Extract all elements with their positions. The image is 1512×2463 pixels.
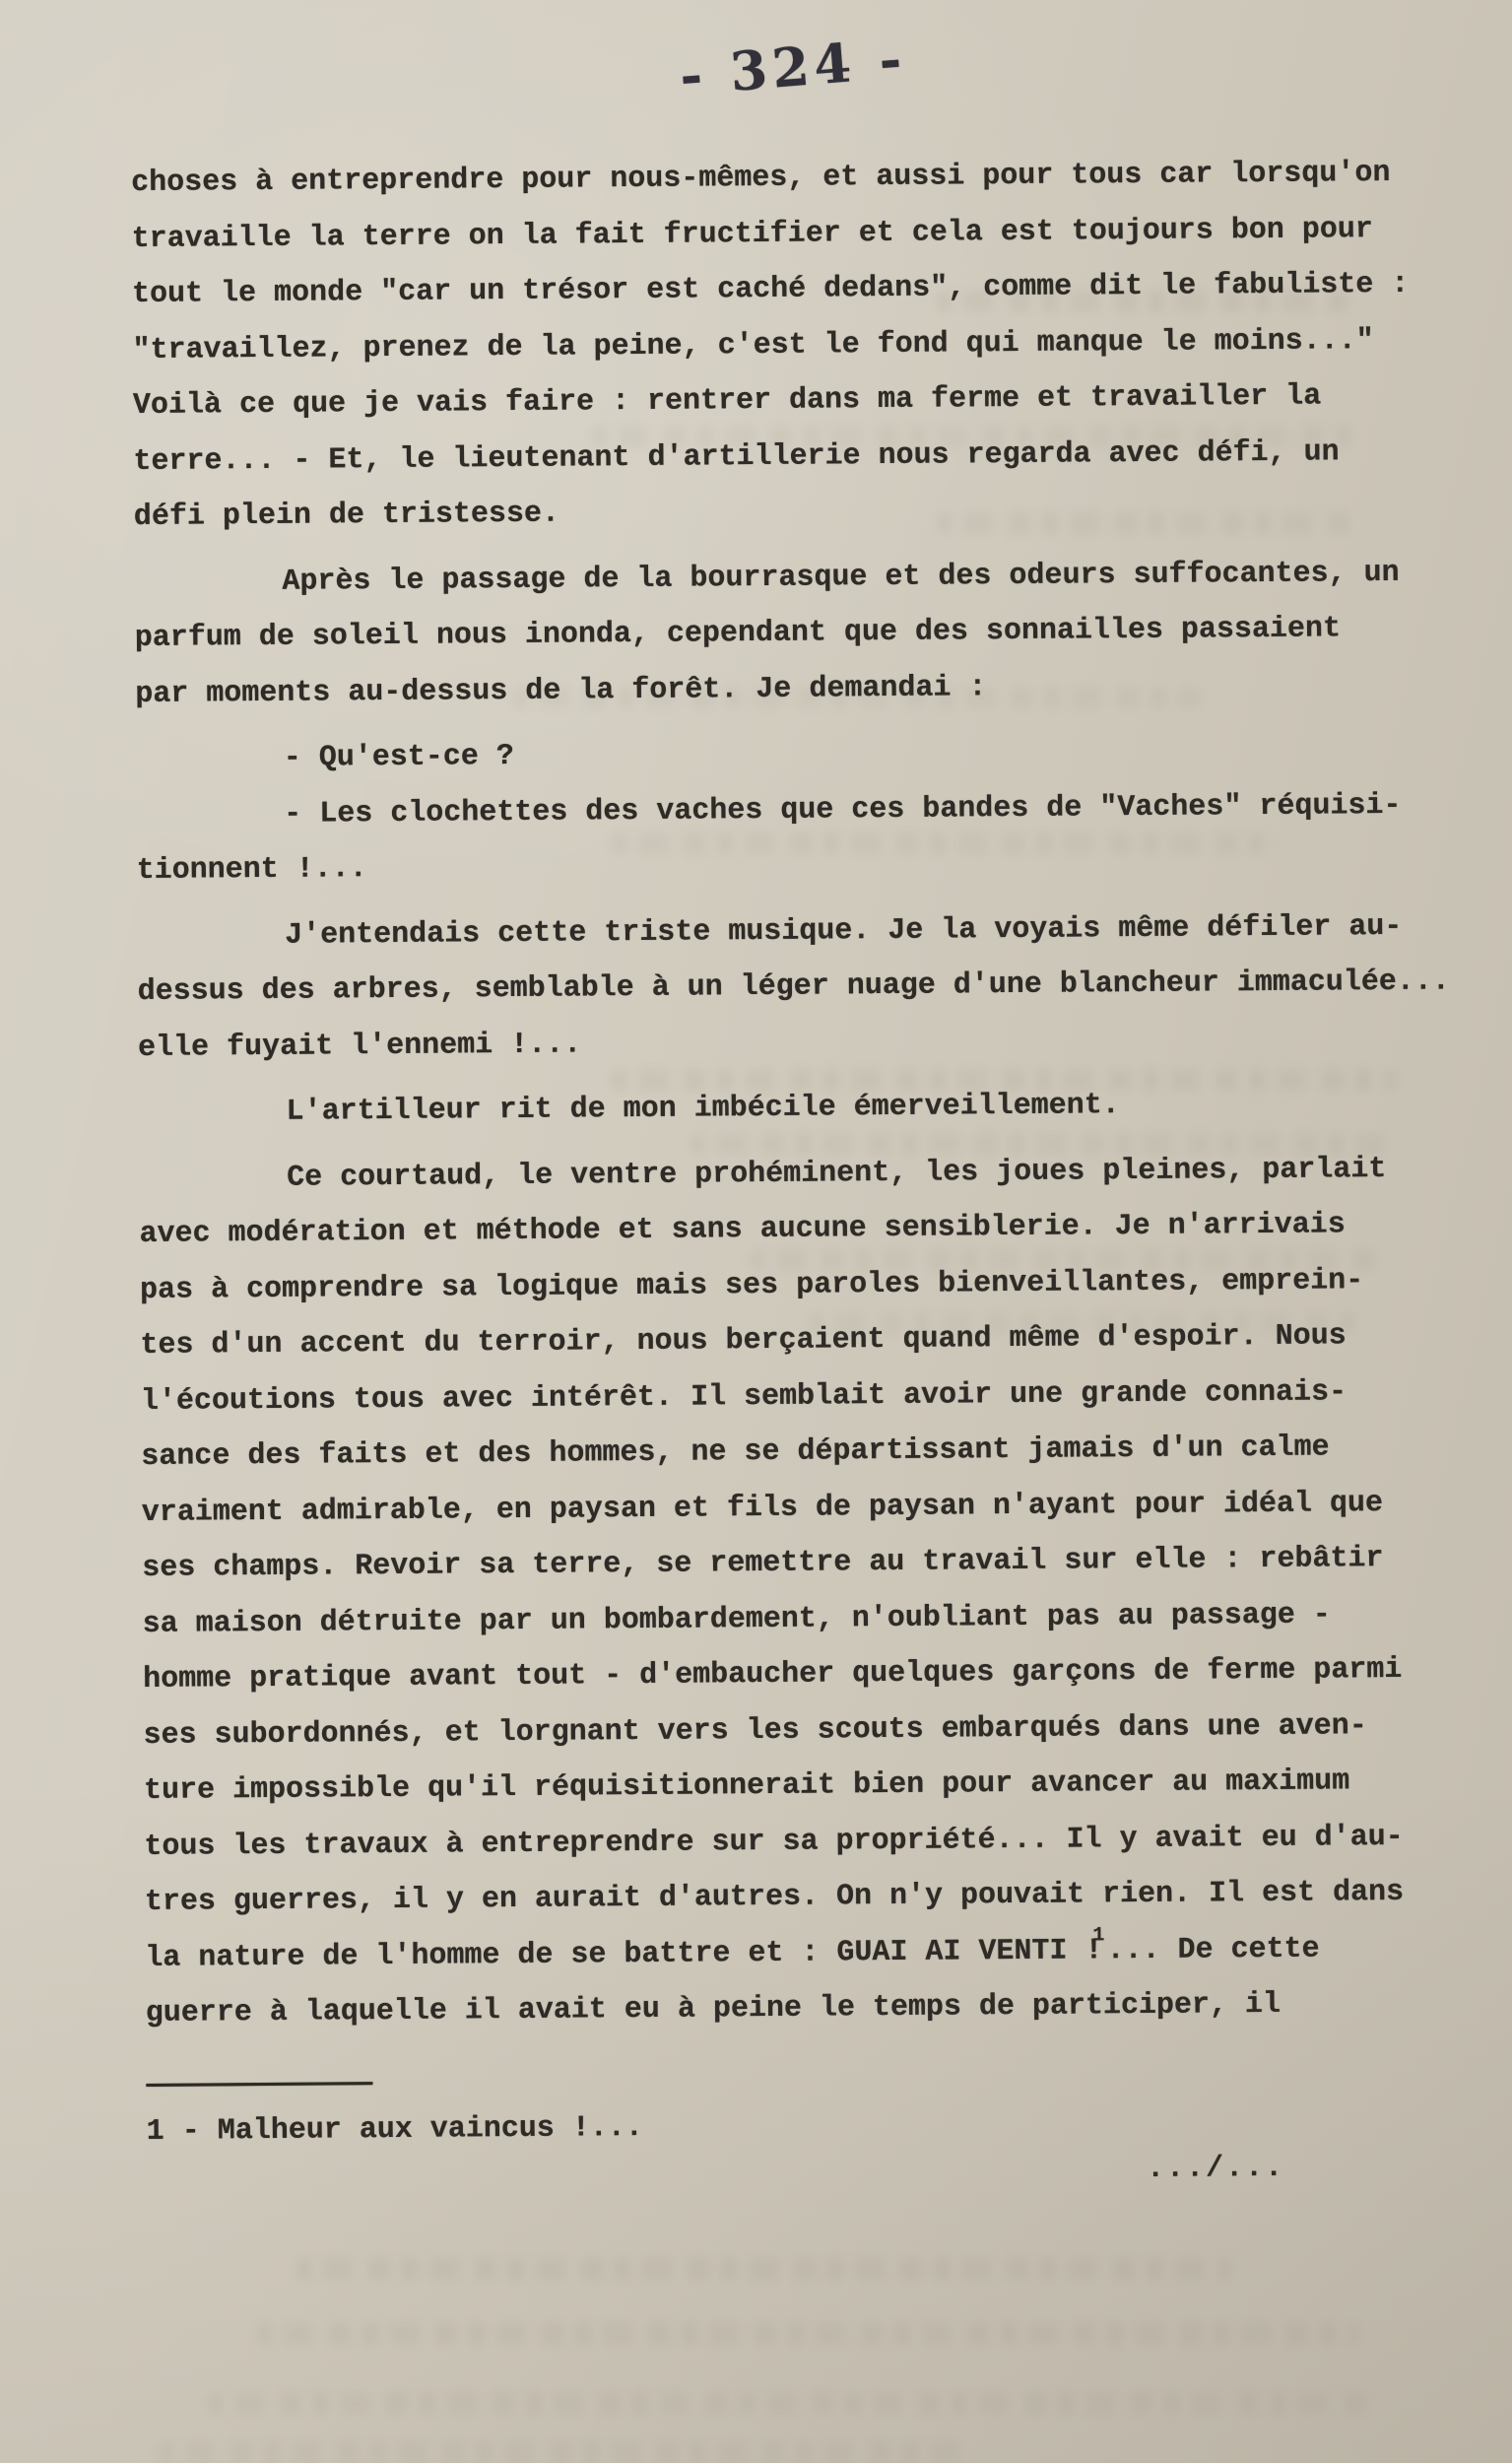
text-line: elle fuyait l'ennemi !...: [138, 1010, 1487, 1076]
continuation-mark: .../...: [1147, 2139, 1496, 2197]
text-line: tes d'un accent du terroir, nous berçaie…: [140, 1307, 1489, 1373]
scanned-page: - 324 - choses à entreprendre pour nous-…: [0, 0, 1512, 2463]
bleed-through-smudge: [256, 2323, 1359, 2345]
text-line: avec modération et méthode et sans aucun…: [139, 1196, 1488, 1262]
text-line: ture impossible qu'il réquisitionnerait …: [144, 1753, 1493, 1819]
text-line: dessus des arbres, semblable à un léger …: [137, 954, 1486, 1020]
text-line: tionnent !...: [136, 832, 1485, 899]
bleed-through-smudge: [158, 2441, 965, 2463]
page-number: - 324 -: [678, 27, 908, 107]
text-line: guerre à laquelle il avait eu à peine le…: [146, 1975, 1495, 2041]
text-line: tout le monde "car un trésor est caché d…: [132, 256, 1481, 322]
text-line: Voilà ce que je vais faire : rentrer dan…: [133, 367, 1482, 433]
text-line: la nature de l'homme de se battre et : G…: [145, 1920, 1494, 1986]
text-line: sance des faits et des hommes, ne se dép…: [141, 1419, 1490, 1485]
text-line: - Les clochettes des vaches que ces band…: [136, 777, 1485, 843]
footnote-separator: [146, 2082, 372, 2087]
document-body: choses à entreprendre pour nous-mêmes, e…: [131, 145, 1496, 2205]
text-line: tres guerres, il y en aurait d'autres. O…: [145, 1864, 1494, 1930]
text-line: terre... - Et, le lieutenant d'artilleri…: [133, 424, 1482, 490]
text-line: choses à entreprendre pour nous-mêmes, e…: [131, 145, 1480, 211]
footnote-marker: 1: [1092, 1908, 1104, 1964]
text-line: ses champs. Revoir sa terre, se remettre…: [142, 1530, 1491, 1596]
text-line: par moments au-dessus de la forêt. Je de…: [135, 656, 1484, 722]
text-line: L'artilleur rit de mon imbécile émerveil…: [138, 1075, 1487, 1141]
text-lines: choses à entreprendre pour nous-mêmes, e…: [131, 145, 1495, 2041]
text-line: défi plein de tristesse.: [134, 479, 1483, 545]
bleed-through-smudge: [207, 2392, 1369, 2414]
bleed-through-smudge: [296, 2258, 1231, 2280]
text-line: parfum de soleil nous inonda, cependant …: [135, 600, 1484, 666]
text-line: homme pratique avant tout - d'embaucher …: [143, 1641, 1492, 1707]
